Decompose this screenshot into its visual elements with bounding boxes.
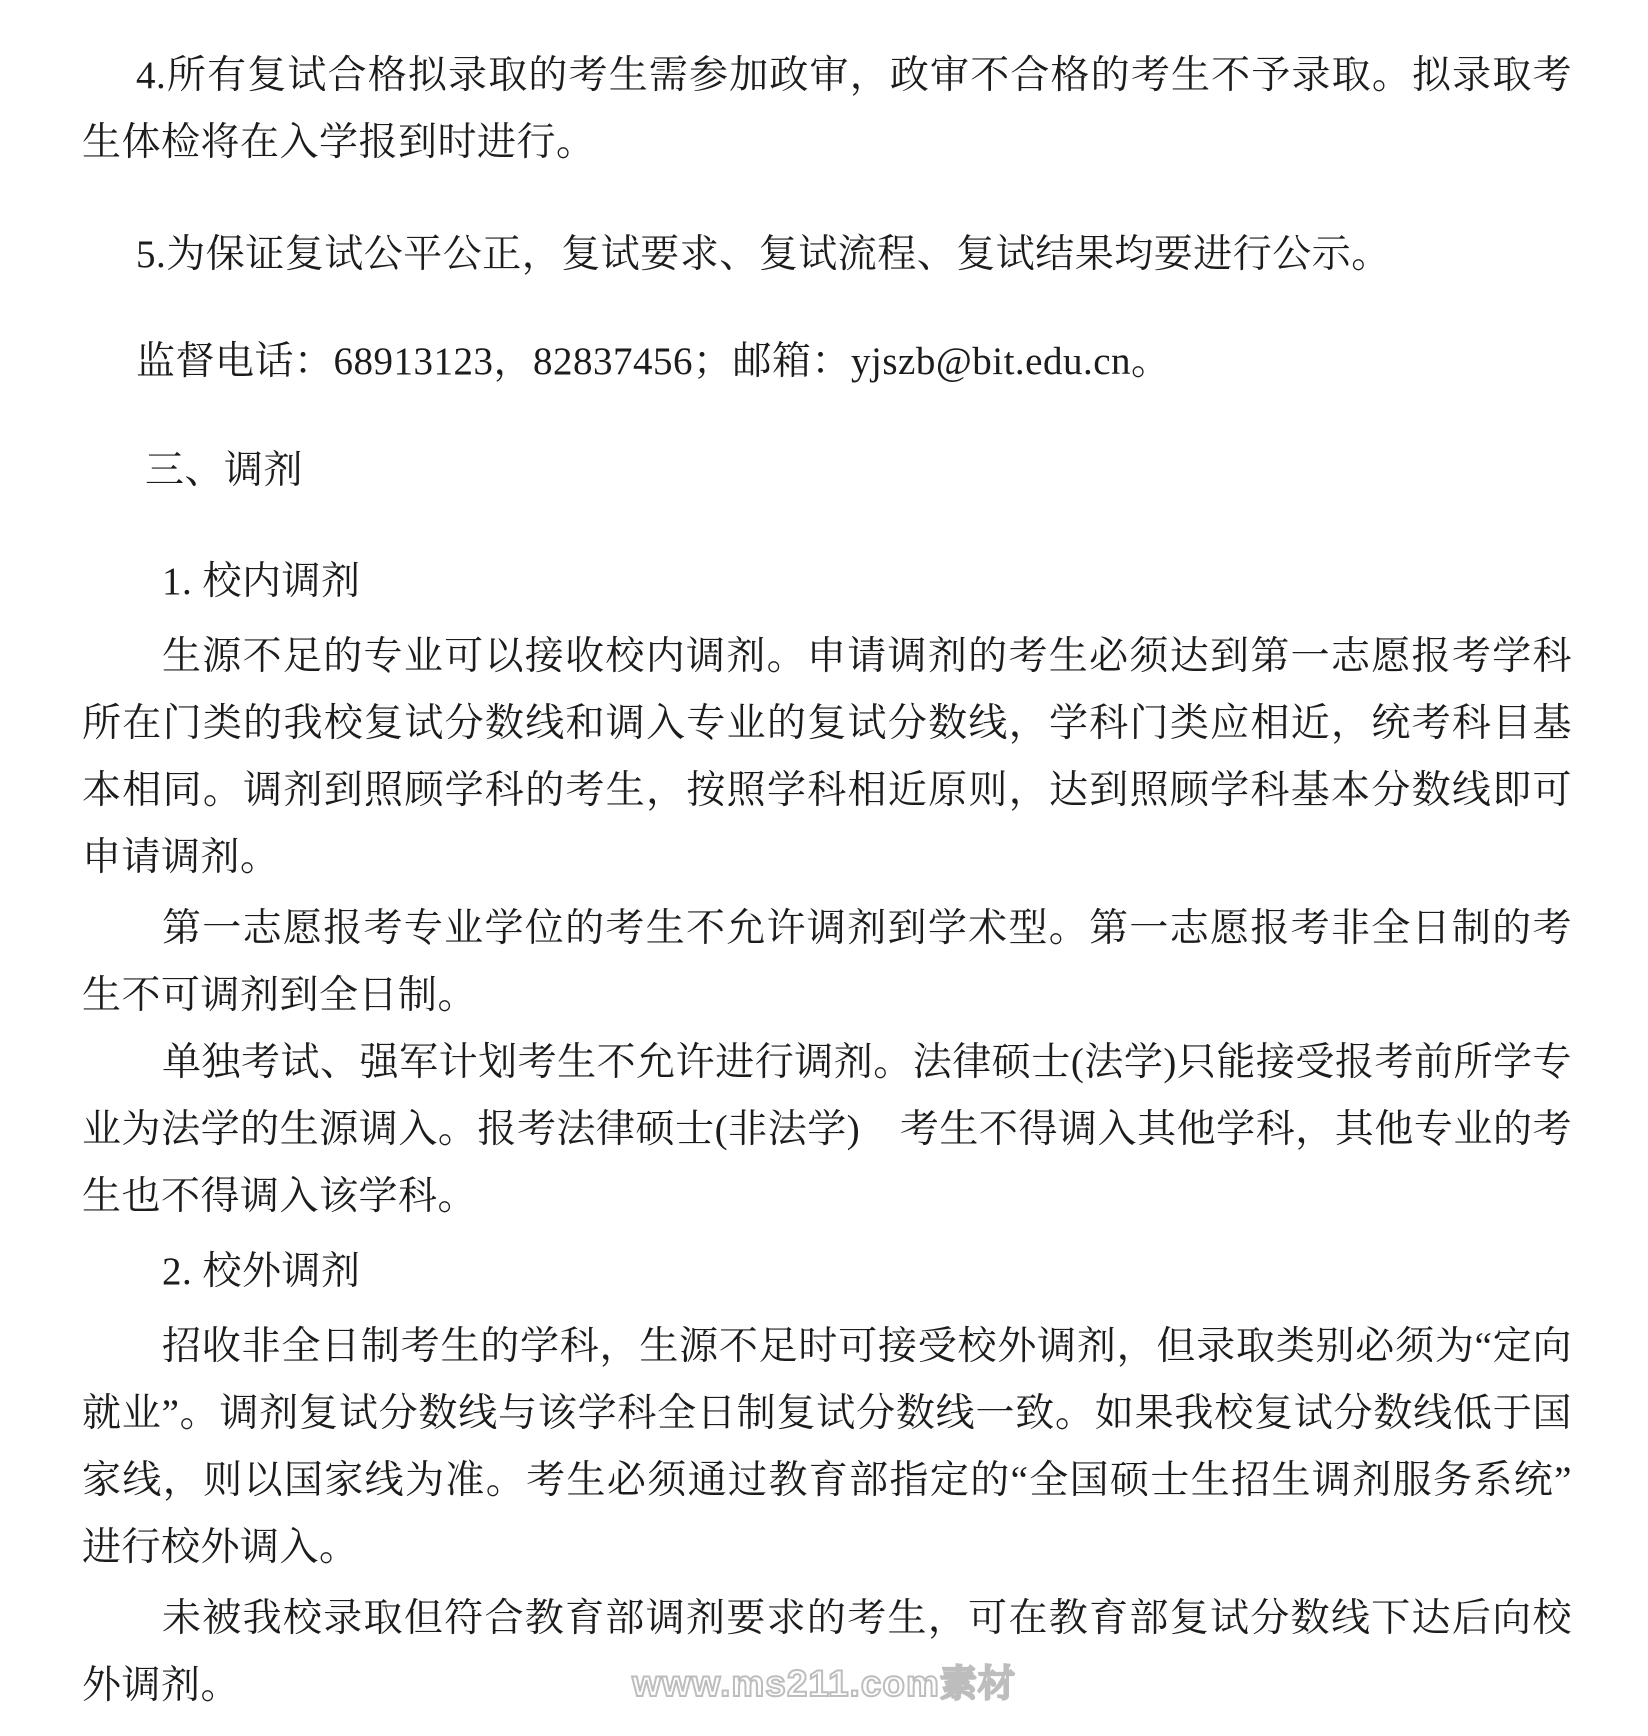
- supervision-contact-line: 监督电话：68913123，82837456；邮箱：yjszb@bit.edu.…: [82, 328, 1572, 395]
- paragraph-item-4-political-review: 4.所有复试合格拟录取的考生需参加政审，政审不合格的考生不予录取。拟录取考生体检…: [82, 42, 1572, 176]
- paragraph-special-exam-law-master-restrictions: 单独考试、强军计划考生不允许进行调剂。法律硕士(法学)只能接受报考前所学专业为法…: [82, 1029, 1572, 1230]
- paragraph-external-transfer-rules: 招收非全日制考生的学科，生源不足时可接受校外调剂，但录取类别必须为“定向就业”。…: [82, 1313, 1572, 1581]
- section-heading-transfer: 三、调剂: [82, 437, 1572, 504]
- subheading-internal-transfer: 1. 校内调剂: [82, 548, 1572, 615]
- paragraph-item-5-fairness-publicity: 5.为保证复试公平公正，复试要求、复试流程、复试结果均要进行公示。: [82, 221, 1572, 288]
- paragraph-first-choice-restrictions: 第一志愿报考专业学位的考生不允许调剂到学术型。第一志愿报考非全日制的考生不可调剂…: [82, 895, 1572, 1029]
- site-watermark: www.ms211.com素材: [632, 1653, 1016, 1707]
- subheading-external-transfer: 2. 校外调剂: [82, 1238, 1572, 1305]
- document-body: 4.所有复试合格拟录取的考生需参加政审，政审不合格的考生不予录取。拟录取考生体检…: [82, 42, 1572, 1719]
- document-page: 4.所有复试合格拟录取的考生需参加政审，政审不合格的考生不予录取。拟录取考生体检…: [0, 0, 1648, 1736]
- paragraph-internal-transfer-rules: 生源不足的专业可以接收校内调剂。申请调剂的考生必须达到第一志愿报考学科所在门类的…: [82, 623, 1572, 891]
